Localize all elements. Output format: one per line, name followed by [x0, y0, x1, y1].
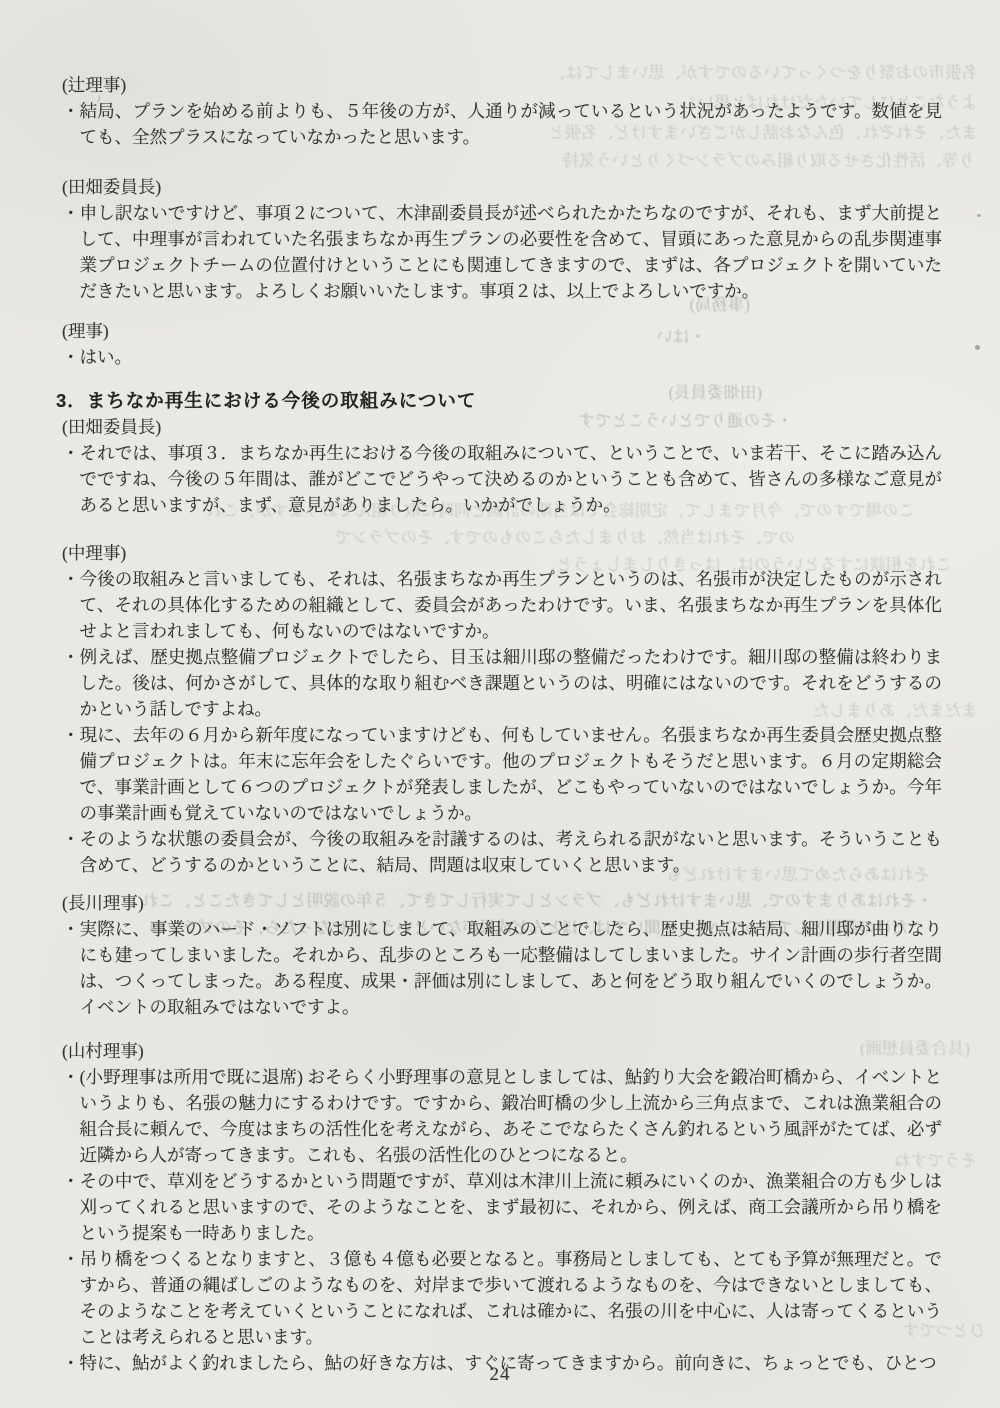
speech-section: (辻理事) ・結局、プランを始める前よりも、５年後の方が、人通りが減っているとい… — [62, 72, 942, 150]
speech-bullet: ・その中で、草刈をどうするかという問題ですが、草刈は木津川上流に頼みにいくのか、… — [62, 1168, 942, 1246]
speaker-label: (中理事) — [62, 540, 942, 566]
speech-section: (田畑委員長) ・申し訳ないですけど、事項２について、木津副委員長が述べられたか… — [62, 174, 942, 304]
speech-bullet: ・現に、去年の６月から新年度になっていますけども、何もしていません。名張まちなか… — [62, 722, 942, 826]
speaker-label: (田畑委員長) — [62, 414, 942, 440]
speech-bullet: ・例えば、歴史拠点整備プロジェクトでしたら、目玉は細川邸の整備だったわけです。細… — [62, 644, 942, 722]
speech-bullet: ・吊り橋をつくるとなりますと、３億も４億も必要となると。事務局としましても、とて… — [62, 1246, 942, 1350]
speaker-label: (山村理事) — [62, 1038, 942, 1064]
speech-bullet: ・はい。 — [62, 344, 942, 370]
speech-section: (山村理事) ・(小野理事は所用で既に退席) おそらく小野理事の意見としましては… — [62, 1038, 942, 1376]
speaker-label: (理事) — [62, 318, 942, 344]
speaker-label: (長川理事) — [62, 890, 942, 916]
speech-bullet: ・それでは、事項３．まちなか再生における今後の取組みについて、ということで、いま… — [62, 440, 942, 518]
speech-bullet: ・(小野理事は所用で既に退席) おそらく小野理事の意見としましては、鮎釣り大会を… — [62, 1064, 942, 1168]
speech-bullet: ・今後の取組みと言いましても、それは、名張まちなか再生プランというのは、名張市が… — [62, 566, 942, 644]
speech-section: (中理事) ・今後の取組みと言いましても、それは、名張まちなか再生プランというの… — [62, 540, 942, 878]
speech-bullet: ・そのような状態の委員会が、今後の取組みを討議するのは、考えられる訳がないと思い… — [62, 826, 942, 878]
speech-bullet: ・実際に、事業のハード・ソフトは別にしまして、取組みのことでしたら、歴史拠点は結… — [62, 916, 942, 1020]
speech-bullet: ・申し訳ないですけど、事項２について、木津副委員長が述べられたかたちなのですが、… — [62, 200, 942, 304]
minutes-page: 名張市のお祭りをつくっているのですが、思いましては、色んな事業等が、まちづくりの… — [0, 0, 1000, 1408]
speaker-label: (田畑委員長) — [62, 174, 942, 200]
speech-bullet: ・結局、プランを始める前よりも、５年後の方が、人通りが減っているという状況があっ… — [62, 98, 942, 150]
speech-section: (田畑委員長) ・それでは、事項３．まちなか再生における今後の取組みについて、と… — [62, 414, 942, 518]
minutes-content: (辻理事) ・結局、プランを始める前よりも、５年後の方が、人通りが減っているとい… — [0, 0, 1000, 1376]
speech-section: (長川理事) ・実際に、事業のハード・ソフトは別にしまして、取組みのことでしたら… — [62, 890, 942, 1020]
page-number: 24 — [0, 1364, 1000, 1386]
agenda-item-heading: 3．まちなか再生における今後の取組みについて — [56, 388, 942, 414]
speaker-label: (辻理事) — [62, 72, 942, 98]
speech-section: (理事) ・はい。 — [62, 318, 942, 370]
